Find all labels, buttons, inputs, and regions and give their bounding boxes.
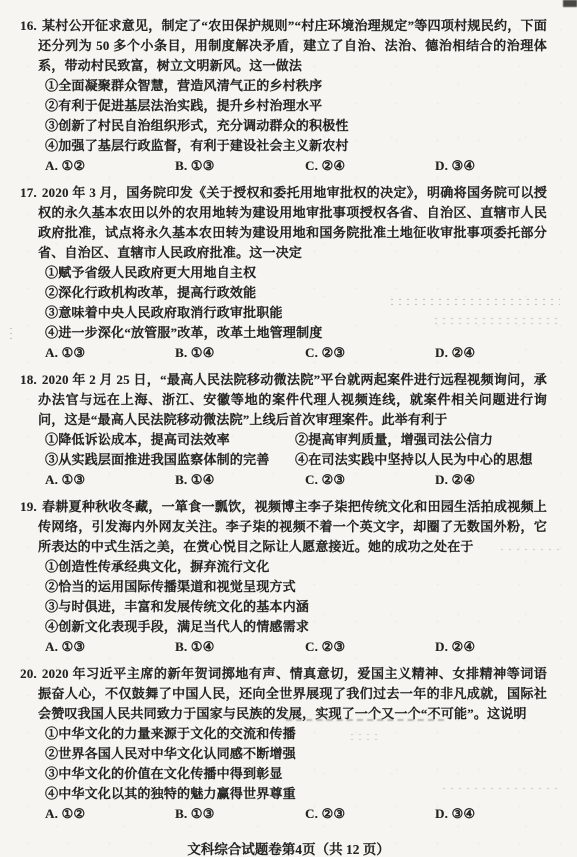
- answer-row: A. ①③ B. ①④ C. ②③ D. ②④: [20, 470, 547, 490]
- option-list: ①降低诉讼成本，提高司法效率 ②提高审判质量，增强司法公信力 ③从实践层面推进我…: [20, 430, 547, 470]
- option-4: ④中华文化以其的独特的魅力赢得世界尊重: [45, 784, 547, 804]
- answer-row: A. ①② B. ①③ C. ②③ D. ③④: [20, 804, 547, 824]
- option-1: ①赋予省级人民政府更大用地自主权: [45, 263, 547, 283]
- question-number: 19.: [20, 499, 42, 514]
- option-3: ③中华文化的价值在文化传播中得到彰显: [45, 764, 547, 784]
- answer-row: A. ①③ B. ①④ C. ②③ D. ②④: [20, 637, 547, 657]
- option-4: ④进一步深化“放管服”改革，改革土地管理制度: [45, 323, 547, 343]
- answer-c: C. ②③: [305, 804, 435, 824]
- option-1: ①创造性传承经典文化，摒弃流行文化: [45, 557, 547, 577]
- exam-page: 16.某村公开征求意见，制定了“农田保护规则”“村庄环境治理规定”等四项村规民约…: [0, 0, 577, 857]
- option-3: ③创新了村民自治组织形式，充分调动群众的积极性: [45, 116, 547, 136]
- option-1: ①全面凝聚群众智慧，营造风清气正的乡村秩序: [45, 76, 547, 96]
- question-stem: 20.2020 年习近平主席的新年贺词掷地有声、情真意切，爱国主义精神、女排精神…: [20, 664, 547, 724]
- answer-d: D. ③④: [435, 804, 475, 824]
- page-footer: 文科综合试题卷第4页（共 12 页）: [0, 838, 577, 857]
- question-text: 某村公开征求意见，制定了“农田保护规则”“村庄环境治理规定”等四项村规民约，下面…: [38, 18, 547, 73]
- question-stem: 17.2020 年 3 月，国务院印发《关于授权和委托用地审批权的决定》，明确将…: [20, 183, 547, 263]
- option-2: ②深化行政机构改革，提高行政效能: [45, 283, 547, 303]
- answer-d: D. ②④: [435, 343, 475, 363]
- answer-d: D. ②④: [435, 470, 475, 490]
- answer-d: D. ③④: [435, 156, 475, 176]
- answer-row: A. ①③ B. ①④ C. ②③ D. ②④: [20, 343, 547, 363]
- option-4: ④加强了基层行政监督，有利于建设社会主义新农村: [45, 136, 547, 156]
- option-2: ②有利于促进基层法治实践，提升乡村治理水平: [45, 96, 547, 116]
- question-20: 20.2020 年习近平主席的新年贺词掷地有声、情真意切，爱国主义精神、女排精神…: [20, 664, 547, 824]
- option-1: ①降低诉讼成本，提高司法效率: [45, 430, 295, 450]
- option-list: ①赋予省级人民政府更大用地自主权 ②深化行政机构改革，提高行政效能 ③意味着中央…: [20, 263, 547, 343]
- answer-b: B. ①④: [175, 343, 305, 363]
- answer-row: A. ①② B. ①③ C. ②④ D. ③④: [20, 156, 547, 176]
- question-stem: 19.春耕夏种秋收冬藏，一箪食一瓢饮，视频博主李子柒把传统文化和田园生活拍成视频…: [20, 497, 547, 557]
- option-3: ③从实践层面推进我国监察体制的完善: [45, 450, 295, 470]
- answer-a: A. ①③: [45, 343, 175, 363]
- answer-c: C. ②③: [305, 470, 435, 490]
- option-3: ③与时俱进，丰富和发展传统文化的基本内涵: [45, 597, 547, 617]
- question-number: 18.: [20, 372, 42, 387]
- answer-b: B. ①④: [175, 637, 305, 657]
- option-2: ②世界各国人民对中华文化认同感不断增强: [45, 744, 547, 764]
- question-stem: 16.某村公开征求意见，制定了“农田保护规则”“村庄环境治理规定”等四项村规民约…: [20, 16, 547, 76]
- answer-b: B. ①③: [175, 804, 305, 824]
- question-18: 18.2020 年 2 月 25 日，“最高人民法院移动微法院”平台就两起案件进…: [20, 370, 547, 490]
- option-1: ①中华文化的力量来源于文化的交流和传播: [45, 724, 547, 744]
- option-3: ③意味着中央人民政府取消行政审批职能: [45, 303, 547, 323]
- option-2: ②恰当的运用国际传播渠道和视觉呈现方式: [45, 577, 547, 597]
- question-stem: 18.2020 年 2 月 25 日，“最高人民法院移动微法院”平台就两起案件进…: [20, 370, 547, 430]
- option-2: ②提高审判质量，增强司法公信力: [295, 430, 547, 450]
- answer-a: A. ①③: [45, 637, 175, 657]
- question-number: 20.: [20, 666, 42, 681]
- option-list: ①创造性传承经典文化，摒弃流行文化 ②恰当的运用国际传播渠道和视觉呈现方式 ③与…: [20, 557, 547, 637]
- option-list: ①全面凝聚群众智慧，营造风清气正的乡村秩序 ②有利于促进基层法治实践，提升乡村治…: [20, 76, 547, 156]
- question-17: 17.2020 年 3 月，国务院印发《关于授权和委托用地审批权的决定》，明确将…: [20, 183, 547, 363]
- question-16: 16.某村公开征求意见，制定了“农田保护规则”“村庄环境治理规定”等四项村规民约…: [20, 16, 547, 176]
- option-4: ④在司法实践中坚持以人民为中心的思想: [295, 450, 547, 470]
- answer-c: C. ②④: [305, 156, 435, 176]
- question-text: 2020 年 2 月 25 日，“最高人民法院移动微法院”平台就两起案件进行远程…: [38, 372, 547, 427]
- exam-body: 16.某村公开征求意见，制定了“农田保护规则”“村庄环境治理规定”等四项村规民约…: [20, 16, 547, 831]
- answer-c: C. ②③: [305, 637, 435, 657]
- option-list: ①中华文化的力量来源于文化的交流和传播 ②世界各国人民对中华文化认同感不断增强 …: [20, 724, 547, 804]
- question-number: 17.: [20, 185, 42, 200]
- answer-a: A. ①③: [45, 470, 175, 490]
- question-text: 2020 年习近平主席的新年贺词掷地有声、情真意切，爱国主义精神、女排精神等词语…: [38, 666, 547, 721]
- option-4: ④创新文化表现手段，满足当代人的情感需求: [45, 617, 547, 637]
- answer-a: A. ①②: [45, 156, 175, 176]
- question-19: 19.春耕夏种秋收冬藏，一箪食一瓢饮，视频博主李子柒把传统文化和田园生活拍成视频…: [20, 497, 547, 657]
- question-text: 春耕夏种秋收冬藏，一箪食一瓢饮，视频博主李子柒把传统文化和田园生活拍成视频上传网…: [38, 499, 547, 554]
- answer-b: B. ①③: [175, 156, 305, 176]
- question-number: 16.: [20, 18, 42, 33]
- answer-c: C. ②③: [305, 343, 435, 363]
- scan-artifact: [563, 0, 577, 7]
- answer-b: B. ①④: [175, 470, 305, 490]
- question-text: 2020 年 3 月，国务院印发《关于授权和委托用地审批权的决定》，明确将国务院…: [38, 185, 547, 260]
- answer-a: A. ①②: [45, 804, 175, 824]
- answer-d: D. ②④: [435, 637, 475, 657]
- scan-artifact: [7, 326, 13, 342]
